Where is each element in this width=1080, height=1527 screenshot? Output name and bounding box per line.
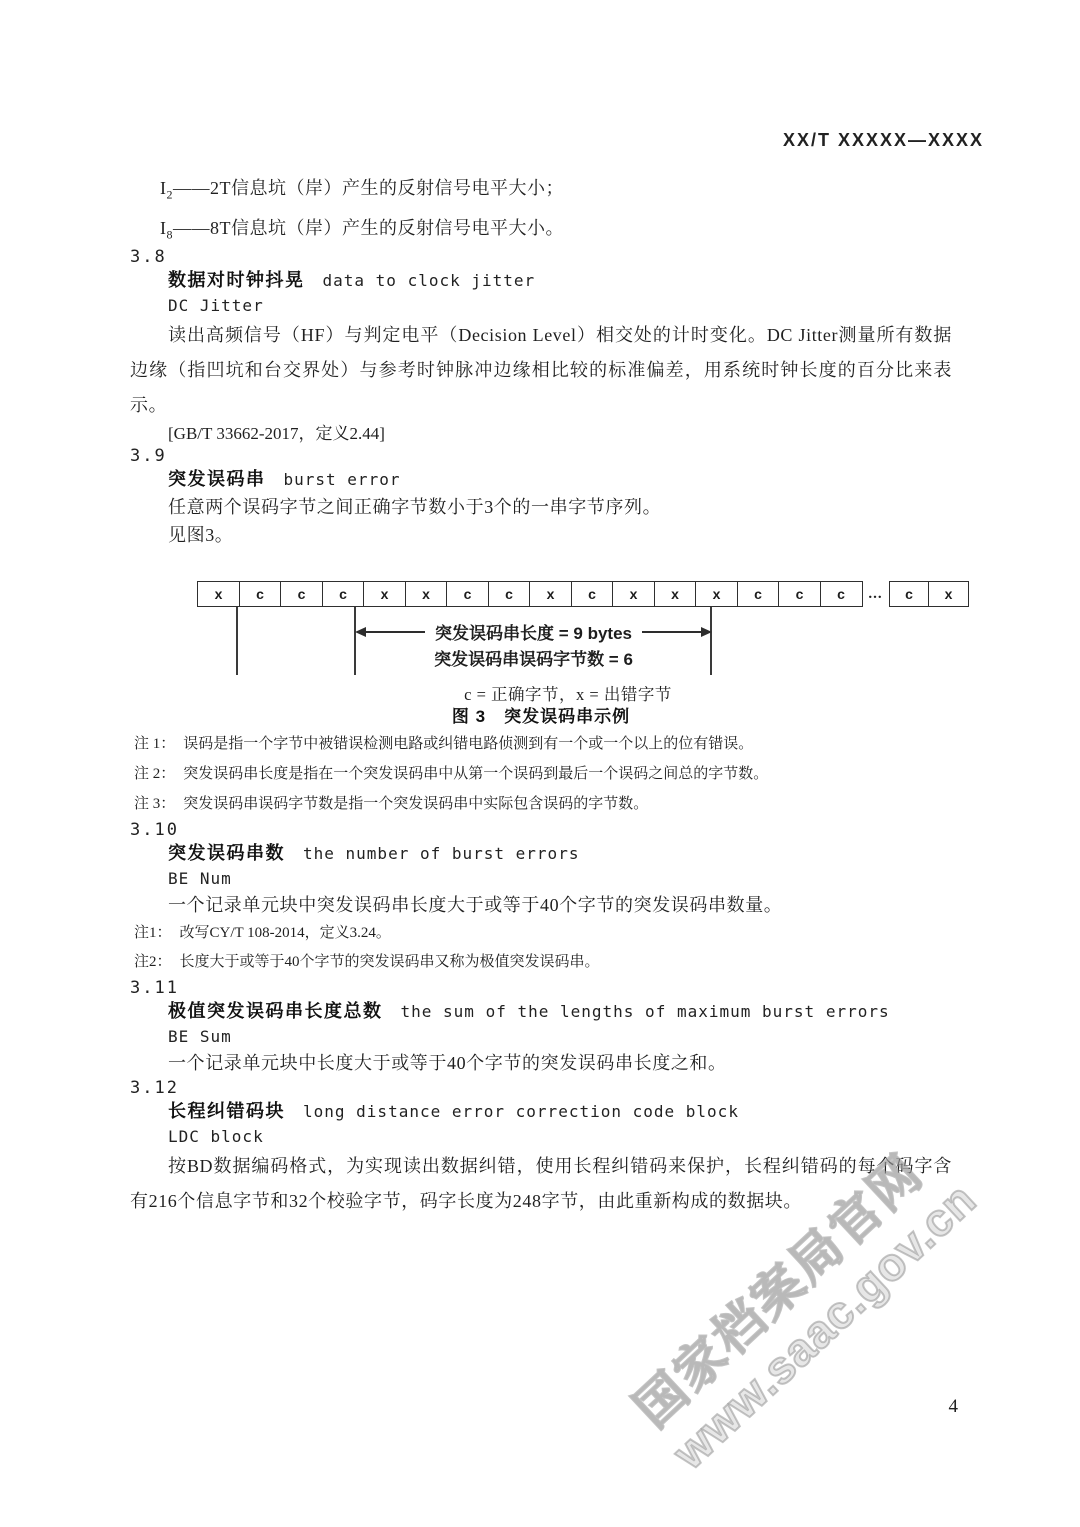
ellipsis: ... <box>863 586 889 603</box>
note-3-10-2: 注2：长度大于或等于40个字节的突发误码串又称为极值突发误码串。 <box>130 948 952 977</box>
byte-cell: c <box>778 581 821 607</box>
byte-cell: c <box>322 581 365 607</box>
note-3-10-1: 注1：改写CY/T 108-2014，定义3.24。 <box>130 919 952 948</box>
term-zh: 长程纠错码块 <box>168 1101 285 1121</box>
byte-cell: x <box>928 581 969 607</box>
byte-cell: x <box>363 581 406 607</box>
figure-note-3: 注 3：突发误码串误码字节数是指一个突发误码串中实际包含误码的字节数。 <box>130 789 952 819</box>
length-arrow: 突发误码串长度 = 9 bytes <box>355 619 712 644</box>
byte-cell: x <box>197 581 240 607</box>
error-byte-count-label: 突发误码串误码字节数 = 6 <box>355 645 712 670</box>
byte-cell: c <box>889 581 930 607</box>
byte-cell: x <box>529 581 572 607</box>
symbol-definition-i2: I2——2T信息坑（岸）产生的反射信号电平大小； <box>130 176 952 207</box>
definition-3-10: 一个记录单元块中突发误码串长度大于或等于40个字节的突发误码串数量。 <box>130 891 952 919</box>
symbol-definition-i8: I8——8T信息坑（岸）产生的反射信号电平大小。 <box>130 216 952 247</box>
figure-burst-error-example: x c c c x x c c x c x x x c c c ... c x <box>197 581 939 705</box>
term-en: data to clock jitter <box>323 271 536 290</box>
term-abbr-3-10: BE Num <box>130 867 952 891</box>
definition-3-12: 按BD数据编码格式，为实现读出数据纠错，使用长程纠错码来保护，长程纠错码的每个码… <box>130 1149 952 1219</box>
term-abbr-3-11: BE Sum <box>130 1025 952 1049</box>
definition-3-8: 读出高频信号（HF）与判定电平（Decision Level）相交处的计时变化。… <box>130 318 952 423</box>
byte-cell: x <box>405 581 448 607</box>
figure-legend: c = 正确字节，x = 出错字节 <box>197 681 939 705</box>
arrow-left-icon <box>355 627 366 637</box>
byte-cell: c <box>239 581 282 607</box>
term-heading-3-12: 长程纠错码块long distance error correction cod… <box>130 1099 952 1125</box>
arrow-right-icon <box>701 627 712 637</box>
byte-cell: c <box>446 581 489 607</box>
byte-cell: c <box>820 581 863 607</box>
definition-3-11: 一个记录单元块中长度大于或等于40个字节的突发误码串长度之和。 <box>130 1049 952 1077</box>
term-en: the number of burst errors <box>303 844 579 863</box>
byte-cell: c <box>280 581 323 607</box>
page-content: I2——2T信息坑（岸）产生的反射信号电平大小； I8——8T信息坑（岸）产生的… <box>130 170 952 1219</box>
byte-sequence-row: x c c c x x c c x c x x x c c c ... c x <box>197 581 939 607</box>
byte-cell: x <box>612 581 655 607</box>
term-heading-3-10: 突发误码串数the number of burst errors <box>130 841 952 867</box>
source-ref-3-8: [GB/T 33662-2017，定义2.44] <box>130 423 952 445</box>
section-number-3-11: 3.11 <box>130 977 952 999</box>
section-number-3-9: 3.9 <box>130 445 952 467</box>
byte-cell: x <box>695 581 738 607</box>
term-en: the sum of the lengths of maximum burst … <box>401 1002 890 1021</box>
term-abbr-3-8: DC Jitter <box>130 294 952 318</box>
term-zh: 突发误码串 <box>168 469 266 489</box>
term-zh: 极值突发误码串长度总数 <box>168 1001 383 1021</box>
term-heading-3-8: 数据对时钟抖晃data to clock jitter <box>130 268 952 294</box>
boundary-line <box>236 607 238 675</box>
definition-3-9: 任意两个误码字节之间正确字节数小于3个的一串字节序列。 <box>130 493 952 521</box>
symbol-i2: I2 <box>160 178 173 198</box>
figure-caption: 图 3 突发误码串示例 <box>130 705 952 729</box>
symbol-i8: I8 <box>160 218 173 238</box>
see-figure-ref: 见图3。 <box>130 521 952 549</box>
symbol-i8-desc: ——8T信息坑（岸）产生的反射信号电平大小。 <box>173 218 564 238</box>
section-number-3-12: 3.12 <box>130 1077 952 1099</box>
term-zh: 突发误码串数 <box>168 843 285 863</box>
term-heading-3-11: 极值突发误码串长度总数the sum of the lengths of max… <box>130 999 952 1025</box>
term-en: long distance error correction code bloc… <box>303 1102 739 1121</box>
page-number: 4 <box>949 1396 959 1418</box>
term-en: burst error <box>284 470 401 489</box>
standard-code: XX/T XXXXX—XXXX <box>783 130 984 151</box>
term-heading-3-9: 突发误码串burst error <box>130 467 952 493</box>
figure-note-2: 注 2：突发误码串长度是指在一个突发误码串中从第一个误码到最后一个误码之间总的字… <box>130 759 952 789</box>
byte-cell: c <box>737 581 780 607</box>
byte-cell: c <box>488 581 531 607</box>
figure-annotation: 突发误码串长度 = 9 bytes 突发误码串误码字节数 = 6 <box>197 607 939 675</box>
figure-note-1: 注 1：误码是指一个字节中被错误检测电路或纠错电路侦测到有一个或一个以上的位有错… <box>130 729 952 759</box>
section-number-3-8: 3.8 <box>130 246 952 268</box>
term-abbr-3-12: LDC block <box>130 1125 952 1149</box>
document-page: XX/T XXXXX—XXXX I2——2T信息坑（岸）产生的反射信号电平大小；… <box>0 0 1080 1527</box>
section-number-3-10: 3.10 <box>130 819 952 841</box>
term-zh: 数据对时钟抖晃 <box>168 270 305 290</box>
symbol-i2-desc: ——2T信息坑（岸）产生的反射信号电平大小； <box>173 178 564 198</box>
byte-cell: x <box>654 581 697 607</box>
byte-cell: c <box>571 581 614 607</box>
burst-length-label: 突发误码串长度 = 9 bytes <box>425 619 642 644</box>
